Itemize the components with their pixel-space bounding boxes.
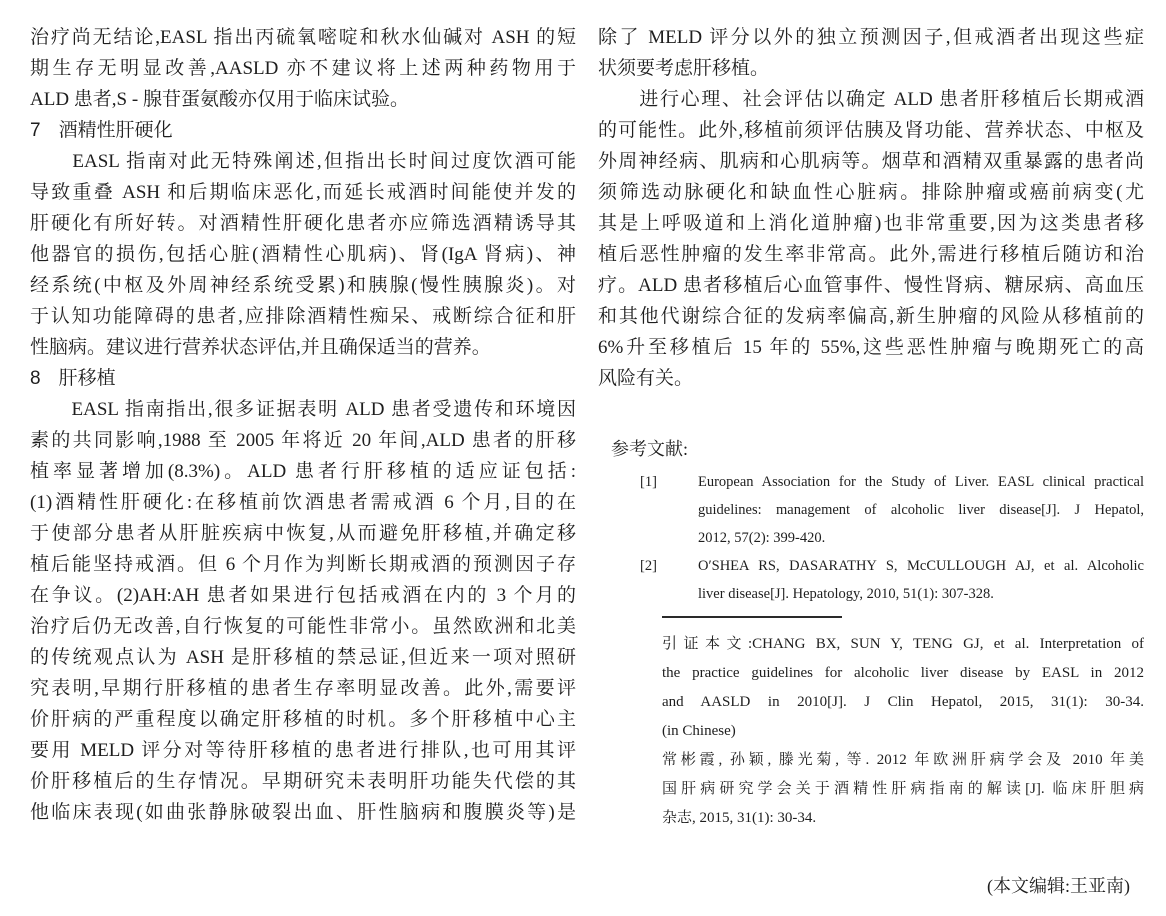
text-line: 要用 MELD 评分对等待肝移植的患者进行排队,也可用其评 xyxy=(30,735,576,766)
reference-item-2: [2] O′SHEA RS, DASARATHY S, McCULLOUGH A… xyxy=(598,552,1144,608)
text-line: 的可能性。此外,移植前须评估胰及肾功能、营养状态、中枢及 xyxy=(598,115,1144,146)
text-line: O′SHEA RS, DASARATHY S, McCULLOUGH AJ, e… xyxy=(698,552,1144,580)
text-line: 引证本文:CHANG BX, SUN Y, TENG GJ, et al. In… xyxy=(662,630,1144,659)
paragraph-section-8: EASL 指南指出,很多证据表明 ALD 患者受遗传和环境因素的共同影响,198… xyxy=(30,394,576,828)
citation-chinese: 常彬霞, 孙颖, 滕光菊, 等. 2012 年欧洲肝病学会及 2010 年美国肝… xyxy=(662,746,1144,833)
reference-text: O′SHEA RS, DASARATHY S, McCULLOUGH AJ, e… xyxy=(698,552,1144,608)
reference-text: European Association for the Study of Li… xyxy=(698,468,1144,552)
text-line: 植率显著增加(8.3%)。ALD 患者行肝移植的适应证包括: xyxy=(30,456,576,487)
text-line: (1)酒精性肝硬化:在移植前饮酒患者需戒酒 6 个月,目的在 xyxy=(30,487,576,518)
references-heading: 参考文献: xyxy=(611,436,1144,462)
text-line: 于使部分患者从肝脏疾病中恢复,从而避免肝移植,并确定移 xyxy=(30,518,576,549)
reference-item-1: [1] European Association for the Study o… xyxy=(598,468,1144,552)
text-line: 究表明,早期行肝移植的患者生存率明显改善。此外,需要评 xyxy=(30,673,576,704)
text-line: 疗。ALD 患者移植后心血管事件、慢性肾病、糖尿病、高血压 xyxy=(598,270,1144,301)
left-column: 治疗尚无结论,EASL 指出丙硫氧嘧啶和秋水仙碱对 ASH 的短期生存无明显改善… xyxy=(30,22,576,828)
text-line: 杂志, 2015, 31(1): 30-34. xyxy=(662,804,1144,833)
editor-note: (本文编辑:王亚南) xyxy=(987,872,1130,898)
text-line: 常彬霞, 孙颖, 滕光菊, 等. 2012 年欧洲肝病学会及 2010 年美 xyxy=(662,746,1144,775)
text-line: 须筛选动脉硬化和缺血性心脏病。排除肿瘤或癌前病变(尤 xyxy=(598,177,1144,208)
text-line: 除了 MELD 评分以外的独立预测因子,但戒酒者出现这些症 xyxy=(598,22,1144,53)
text-line: 他临床表现(如曲张静脉破裂出血、肝性脑病和腹膜炎等)是 xyxy=(30,797,576,828)
paragraph-section-7: EASL 指南对此无特殊阐述,但指出长时间过度饮酒可能导致重叠 ASH 和后期临… xyxy=(30,146,576,363)
text-line: (in Chinese) xyxy=(662,717,1144,746)
text-line: 状须要考虑肝移植。 xyxy=(598,53,1144,84)
text-line: the practice guidelines for alcoholic li… xyxy=(662,659,1144,688)
reference-marker: [2] xyxy=(640,552,657,580)
paragraph-intro: 治疗尚无结论,EASL 指出丙硫氧嘧啶和秋水仙碱对 ASH 的短期生存无明显改善… xyxy=(30,22,576,115)
text-line: 治疗后仍无改善,自行恢复的可能性非常小。虽然欧洲和北美 xyxy=(30,611,576,642)
text-line: 经系统(中枢及外周神经系统受累)和胰腺(慢性胰腺炎)。对 xyxy=(30,270,576,301)
text-line: 国肝病研究学会关于酒精性肝病指南的解读[J]. 临床肝胆病 xyxy=(662,775,1144,804)
text-line: 期生存无明显改善,AASLD 亦不建议将上述两种药物用于 xyxy=(30,53,576,84)
section-number: 7 xyxy=(30,120,41,141)
journal-page: 治疗尚无结论,EASL 指出丙硫氧嘧啶和秋水仙碱对 ASH 的短期生存无明显改善… xyxy=(0,0,1166,916)
text-line: 肝硬化有所好转。对酒精性肝硬化患者亦应筛选酒精诱导其 xyxy=(30,208,576,239)
text-line: 价肝移植后的生存情况。早期研究未表明肝功能失代偿的其 xyxy=(30,766,576,797)
text-line: 他器官的损伤,包括心脏(酒精性心肌病)、肾(IgA 肾病)、神 xyxy=(30,239,576,270)
section-title: 酒精性肝硬化 xyxy=(59,120,173,141)
text-line: 素的共同影响,1988 至 2005 年将近 20 年间,ALD 患者的肝移 xyxy=(30,425,576,456)
text-line: 的传统观点认为 ASH 是肝移植的禁忌证,但近来一项对照研 xyxy=(30,642,576,673)
text-line: guidelines: management of alcoholic live… xyxy=(698,496,1144,524)
text-line: 植后恶性肿瘤的发生率非常高。此外,需进行移植后随访和治 xyxy=(598,239,1144,270)
text-line: 和其他代谢综合征的发病率偏高,新生肿瘤的风险从移植前的 xyxy=(598,301,1144,332)
text-line: and AASLD in 2010[J]. J Clin Hepatol, 20… xyxy=(662,688,1144,717)
section-number: 8 xyxy=(30,368,41,389)
citation-english: 引证本文:CHANG BX, SUN Y, TENG GJ, et al. In… xyxy=(662,630,1144,746)
text-line: 价肝病的严重程度以确定肝移植的时机。多个肝移植中心主 xyxy=(30,704,576,735)
text-line: 其是上呼吸道和上消化道肿瘤)也非常重要,因为这类患者移 xyxy=(598,208,1144,239)
text-line: 于认知功能障碍的患者,应排除酒精性痴呆、戒断综合征和肝 xyxy=(30,301,576,332)
text-line: 植后能坚持戒酒。但 6 个月作为判断长期戒酒的预测因子存 xyxy=(30,549,576,580)
text-line: European Association for the Study of Li… xyxy=(698,468,1144,496)
text-line: 2012, 57(2): 399-420. xyxy=(698,524,1144,552)
section-heading-7: 7酒精性肝硬化 xyxy=(30,115,576,146)
text-line: 进行心理、社会评估以确定 ALD 患者肝移植后长期戒酒 xyxy=(598,84,1144,115)
text-line: 风险有关。 xyxy=(598,363,1144,394)
text-line: 治疗尚无结论,EASL 指出丙硫氧嘧啶和秋水仙碱对 ASH 的短 xyxy=(30,22,576,53)
text-line: EASL 指南指出,很多证据表明 ALD 患者受遗传和环境因 xyxy=(30,394,576,425)
paragraph-transplant-eval: 进行心理、社会评估以确定 ALD 患者肝移植后长期戒酒的可能性。此外,移植前须评… xyxy=(598,84,1144,394)
text-line: 性脑病。建议进行营养状态评估,并且确保适当的营养。 xyxy=(30,332,576,363)
right-column: 除了 MELD 评分以外的独立预测因子,但戒酒者出现这些症状须要考虑肝移植。 进… xyxy=(598,22,1144,833)
footnote-divider xyxy=(662,616,842,618)
reference-marker: [1] xyxy=(640,468,657,496)
text-line: 外周神经病、肌病和心肌病等。烟草和酒精双重暴露的患者尚 xyxy=(598,146,1144,177)
section-title: 肝移植 xyxy=(59,368,116,389)
text-line: 6%升至移植后 15 年的 55%,这些恶性肿瘤与晚期死亡的高 xyxy=(598,332,1144,363)
text-line: 导致重叠 ASH 和后期临床恶化,而延长戒酒时间能使并发的 xyxy=(30,177,576,208)
citation-note: 引证本文:CHANG BX, SUN Y, TENG GJ, et al. In… xyxy=(598,630,1144,833)
text-line: liver disease[J]. Hepatology, 2010, 51(1… xyxy=(698,580,1144,608)
text-line: ALD 患者,S - 腺苷蛋氨酸亦仅用于临床试验。 xyxy=(30,84,576,115)
section-heading-8: 8肝移植 xyxy=(30,363,576,394)
text-line: EASL 指南对此无特殊阐述,但指出长时间过度饮酒可能 xyxy=(30,146,576,177)
paragraph-continuation: 除了 MELD 评分以外的独立预测因子,但戒酒者出现这些症状须要考虑肝移植。 xyxy=(598,22,1144,84)
text-line: 在争议。(2)AH:AH 患者如果进行包括戒酒在内的 3 个月的 xyxy=(30,580,576,611)
